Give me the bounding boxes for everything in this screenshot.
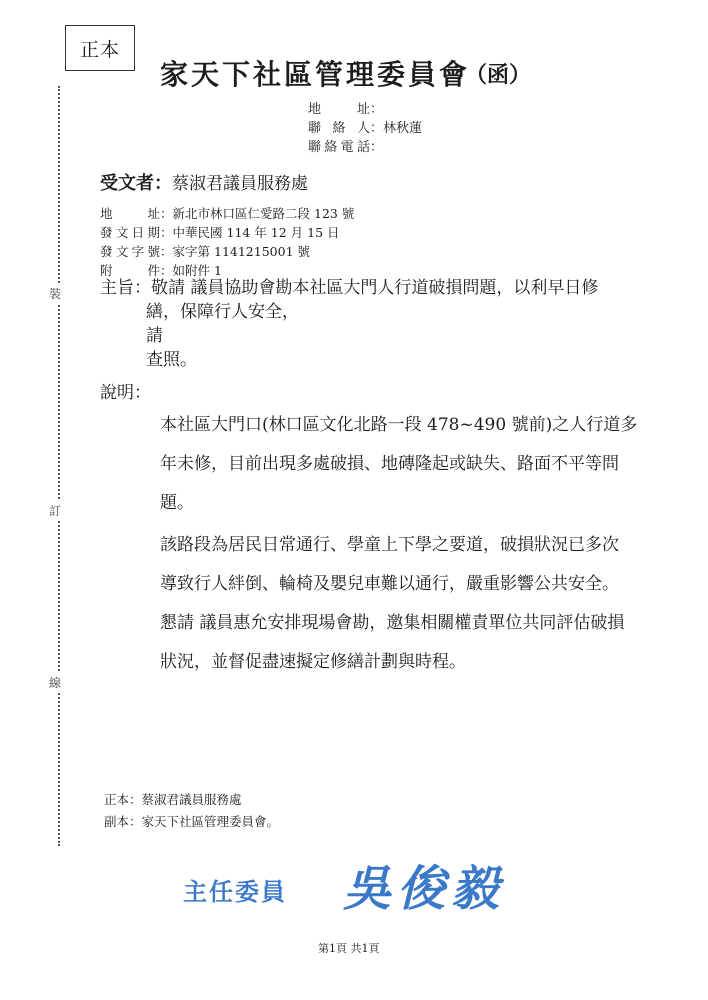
- sender-contact-row: 聯 絡 人：林秋蓮: [308, 119, 422, 138]
- recipient-label: 受文者：: [100, 173, 172, 194]
- meta-date: 發文日期：中華民國 114 年 12 月 15 日: [100, 223, 354, 242]
- sender-address-label: 地 址: [308, 100, 370, 119]
- explanation-body: 本社區大門口(林口區文化北路一段 478~490 號前)之人行道多 年未修，目前…: [160, 406, 690, 682]
- explanation-line: 懇請 議員惠允安排現場會勘，邀集相關權責單位共同評估破損: [160, 604, 690, 643]
- copy-stamp: 正本: [65, 25, 135, 71]
- signature-name: 吳俊毅: [343, 850, 505, 919]
- colon: ：: [160, 242, 173, 261]
- document-meta: 地 址：新北市林口區仁愛路二段 123 號 發文日期：中華民國 114 年 12…: [100, 204, 354, 280]
- sender-address-row: 地 址：: [308, 100, 422, 119]
- sender-contact-value: 林秋蓮: [383, 119, 422, 138]
- binding-char-ding: 訂: [49, 500, 61, 521]
- meta-label: 發文字號: [100, 242, 160, 261]
- binding-char-xian: 線: [49, 672, 61, 693]
- subject-line: 繕，保障行人安全，: [146, 300, 299, 324]
- subject-line: 請: [146, 324, 163, 348]
- subject-label: 主旨：: [100, 276, 151, 300]
- colon: ：: [370, 119, 383, 138]
- explanation-line: 本社區大門口(林口區文化北路一段 478~490 號前)之人行道多: [160, 406, 690, 445]
- meta-doc-number: 發文字號：家字第 1141215001 號: [100, 242, 354, 261]
- subject-section: 主旨：敬請 議員協助會勘本社區大門人行道破損問題，以利早日修 繕，保障行人安全，…: [100, 276, 598, 372]
- colon: ：: [160, 204, 173, 223]
- binding-char-zhuang: 裝: [49, 283, 61, 304]
- signature-title: 主任委員: [183, 872, 287, 907]
- meta-label: 發文日期: [100, 223, 160, 242]
- distribution-original: 正本：蔡淑君議員服務處: [104, 789, 279, 811]
- sender-phone-row: 聯絡電話：: [308, 138, 422, 157]
- colon: ：: [370, 100, 383, 119]
- distribution: 正本：蔡淑君議員服務處 副本：家天下社區管理委員會。: [104, 789, 279, 833]
- meta-address: 地 址：新北市林口區仁愛路二段 123 號: [100, 204, 354, 223]
- sender-contact-label: 聯 絡 人: [308, 119, 370, 138]
- meta-value: 新北市林口區仁愛路二段 123 號: [173, 204, 355, 223]
- explanation-line: 題。: [160, 484, 690, 523]
- meta-value: 家字第 1141215001 號: [173, 242, 310, 261]
- explanation-line: 年未修，目前出現多處破損、地磚隆起或缺失、路面不平等問: [160, 445, 690, 484]
- meta-value: 中華民國 114 年 12 月 15 日: [173, 223, 340, 242]
- distribution-copy: 副本：家天下社區管理委員會。: [104, 811, 279, 833]
- document-type: （函）: [465, 58, 531, 89]
- sender-phone-label: 聯絡電話: [308, 138, 370, 157]
- colon: ：: [160, 223, 173, 242]
- document-title: 家天下社區管理委員會: [160, 53, 470, 93]
- subject-line: 查照。: [146, 348, 197, 372]
- recipient: 受文者：蔡淑君議員服務處: [100, 169, 308, 195]
- binding-dotted-line: [58, 86, 60, 846]
- colon: ：: [370, 138, 383, 157]
- sender-info: 地 址： 聯 絡 人：林秋蓮 聯絡電話：: [308, 100, 422, 157]
- explanation-label: 說明：: [100, 378, 151, 403]
- explanation-line: 該路段為居民日常通行、學童上下學之要道，破損狀況已多次: [160, 526, 690, 565]
- explanation-line: 狀況，並督促盡速擬定修繕計劃與時程。: [160, 643, 690, 682]
- subject-line: 敬請 議員協助會勘本社區大門人行道破損問題，以利早日修: [151, 276, 598, 300]
- explanation-line: 導致行人絆倒、輪椅及嬰兒車難以通行，嚴重影響公共安全。: [160, 565, 690, 604]
- meta-label: 地 址: [100, 204, 160, 223]
- recipient-value: 蔡淑君議員服務處: [172, 174, 308, 194]
- page-number: 第1頁 共1頁: [318, 940, 380, 956]
